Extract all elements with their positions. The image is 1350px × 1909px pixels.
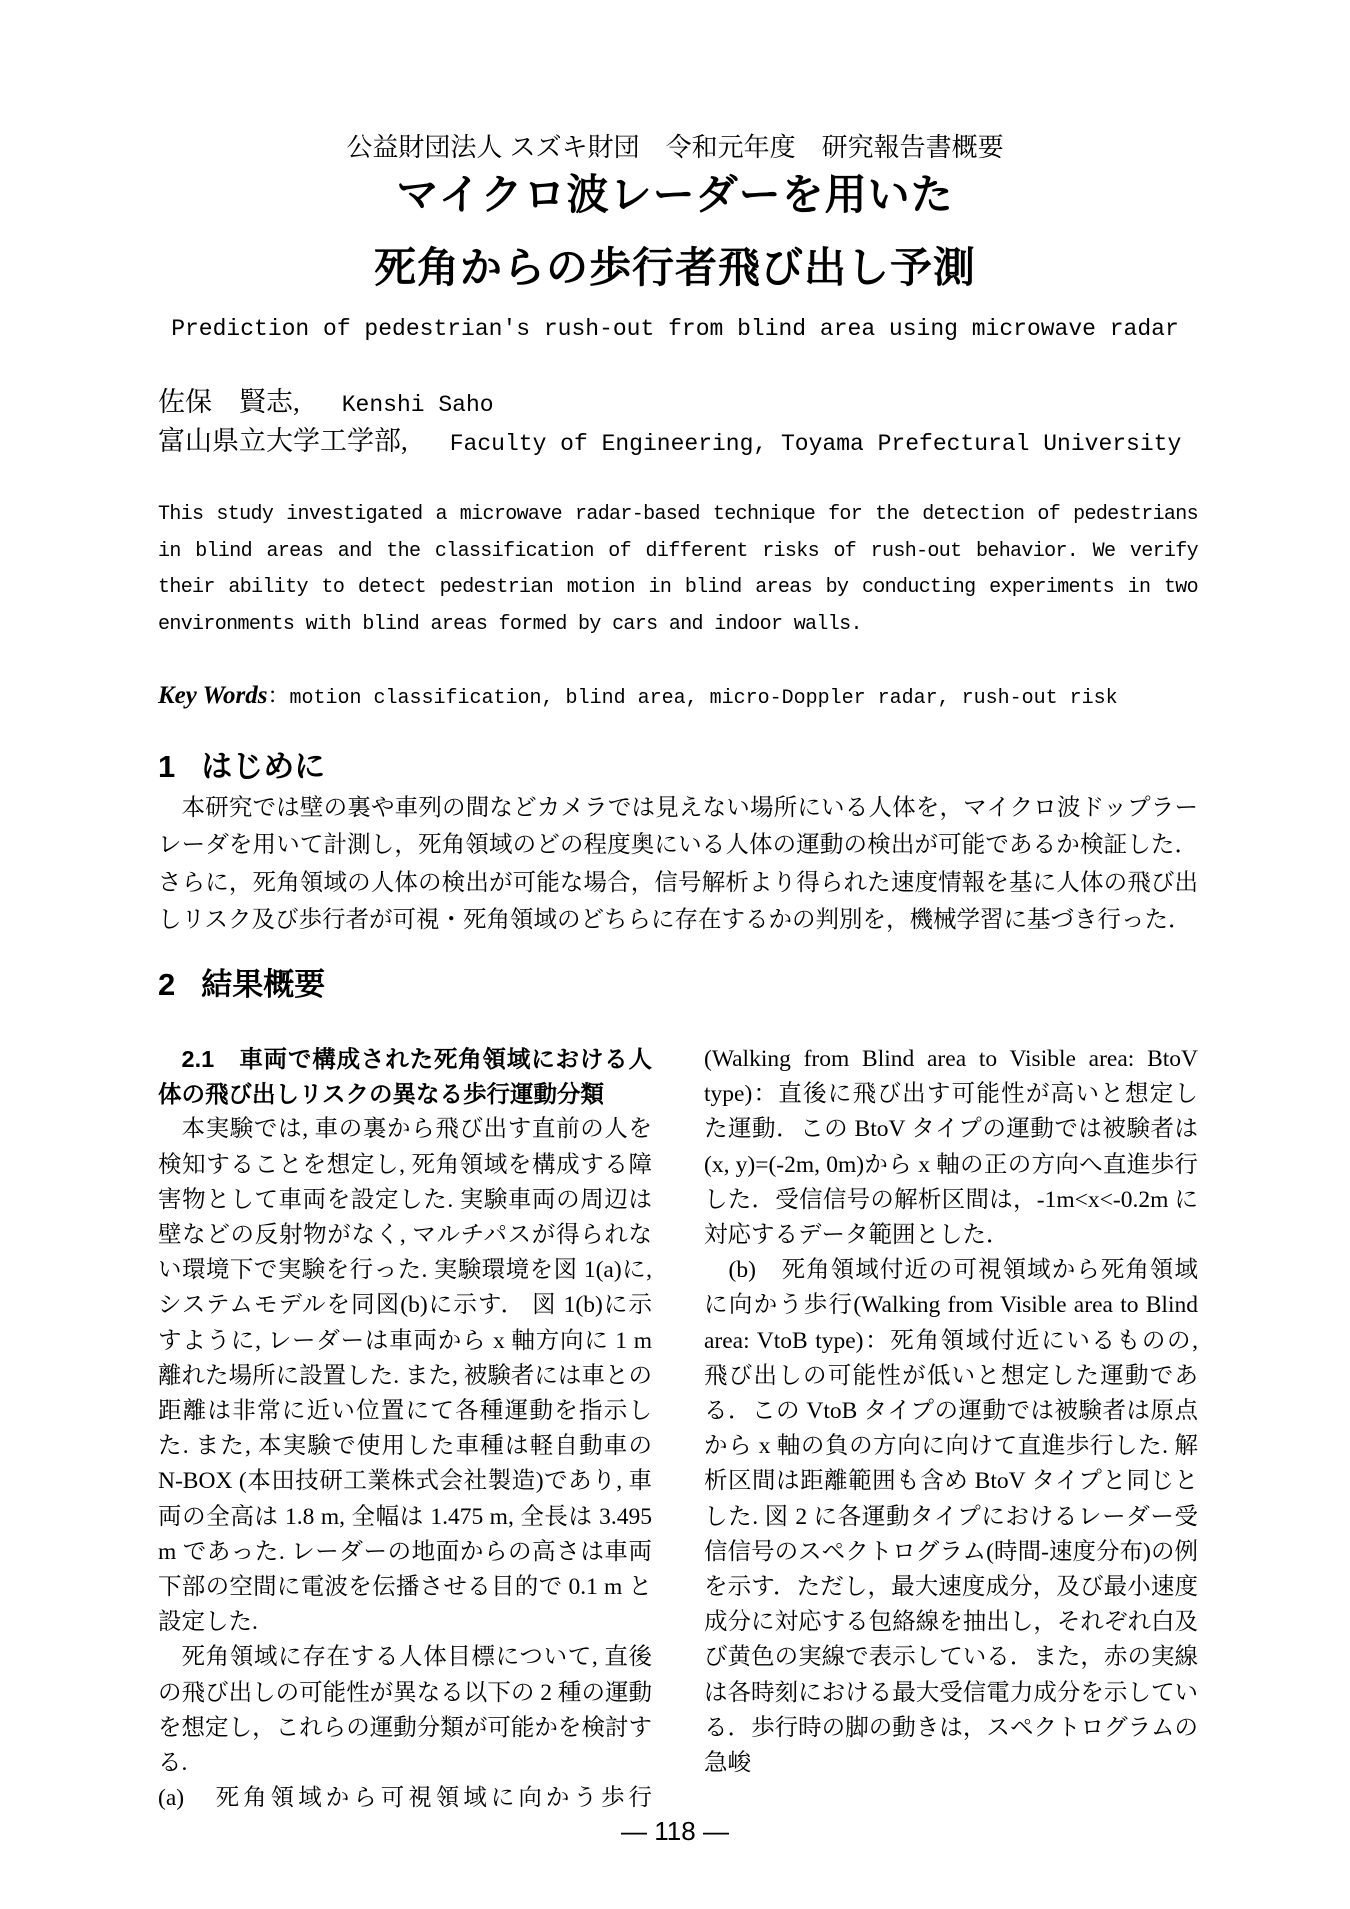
left-column: 2.1 車両で構成された死角領域における人体の飛び出しリスクの異なる歩行運動分類… bbox=[158, 1042, 652, 1816]
section-1-body: 本研究では壁の裏や車列の間などカメラでは見えない場所にいる人体を，マイクロ波ドッ… bbox=[158, 790, 1198, 939]
section-2-1-paragraph-1: 本実験では, 車の裏から飛び出す直前の人を検知することを想定し, 死角領域を構成… bbox=[158, 1112, 652, 1640]
section-2-title: 結果概要 bbox=[201, 967, 325, 1002]
page-number: ― 118 ― bbox=[0, 1816, 1350, 1846]
abstract-text: This study investigated a microwave rada… bbox=[158, 497, 1198, 643]
author-name-en: Kenshi Saho bbox=[342, 392, 494, 418]
title-ja-line1: マイクロ波レーダーを用いた bbox=[0, 170, 1350, 220]
keywords-line: Key Words：motion classification, blind a… bbox=[158, 681, 1198, 714]
document-page: 公益財団法人 スズキ財団 令和元年度 研究報告書概要 マイクロ波レーダーを用いた… bbox=[0, 0, 1350, 1909]
keywords-text: motion classification, blind area, micro… bbox=[290, 687, 1118, 710]
section-2-heading: 2結果概要 bbox=[158, 966, 1198, 1004]
section-2-1-heading: 2.1 車両で構成された死角領域における人体の飛び出しリスクの異なる歩行運動分類 bbox=[158, 1042, 652, 1112]
author-line: 佐保 賢志,Kenshi Saho bbox=[158, 386, 1198, 421]
title-ja-line2: 死角からの歩行者飛び出し予測 bbox=[0, 243, 1350, 293]
section-1-title: はじめに bbox=[201, 749, 325, 784]
section-2-number: 2 bbox=[158, 967, 175, 1002]
report-header: 公益財団法人 スズキ財団 令和元年度 研究報告書概要 bbox=[0, 132, 1350, 162]
right-column: (Walking from Blind area to Visible area… bbox=[704, 1042, 1198, 1816]
title-en: Prediction of pedestrian's rush-out from… bbox=[0, 314, 1350, 344]
two-column-section: 2.1 車両で構成された死角領域における人体の飛び出しリスクの異なる歩行運動分類… bbox=[158, 1042, 1198, 1816]
section-2-1-item-b: (b) 死角領域付近の可視領域から死角領域に向かう歩行(Walking from… bbox=[704, 1253, 1198, 1781]
affiliation-en: Faculty of Engineering, Toyama Prefectur… bbox=[450, 431, 1182, 457]
section-2-1-paragraph-2: 死角領域に存在する人体目標について, 直後の飛び出しの可能性が異なる以下の 2 … bbox=[158, 1640, 652, 1781]
section-1-number: 1 bbox=[158, 749, 175, 784]
keywords-colon: ： bbox=[268, 685, 290, 710]
section-2-1-item-a: (a) 死角領域から可視領域に向かう歩行 bbox=[158, 1781, 652, 1816]
section-1-heading: 1はじめに bbox=[158, 748, 1198, 786]
author-name-ja: 佐保 賢志, bbox=[158, 387, 300, 417]
affiliation-line: 富山県立大学工学部,Faculty of Engineering, Toyama… bbox=[158, 425, 1198, 460]
affiliation-ja: 富山県立大学工学部, bbox=[158, 426, 408, 456]
section-2-1-item-a-continuation: (Walking from Blind area to Visible area… bbox=[704, 1042, 1198, 1253]
keywords-label: Key Words bbox=[158, 682, 268, 709]
